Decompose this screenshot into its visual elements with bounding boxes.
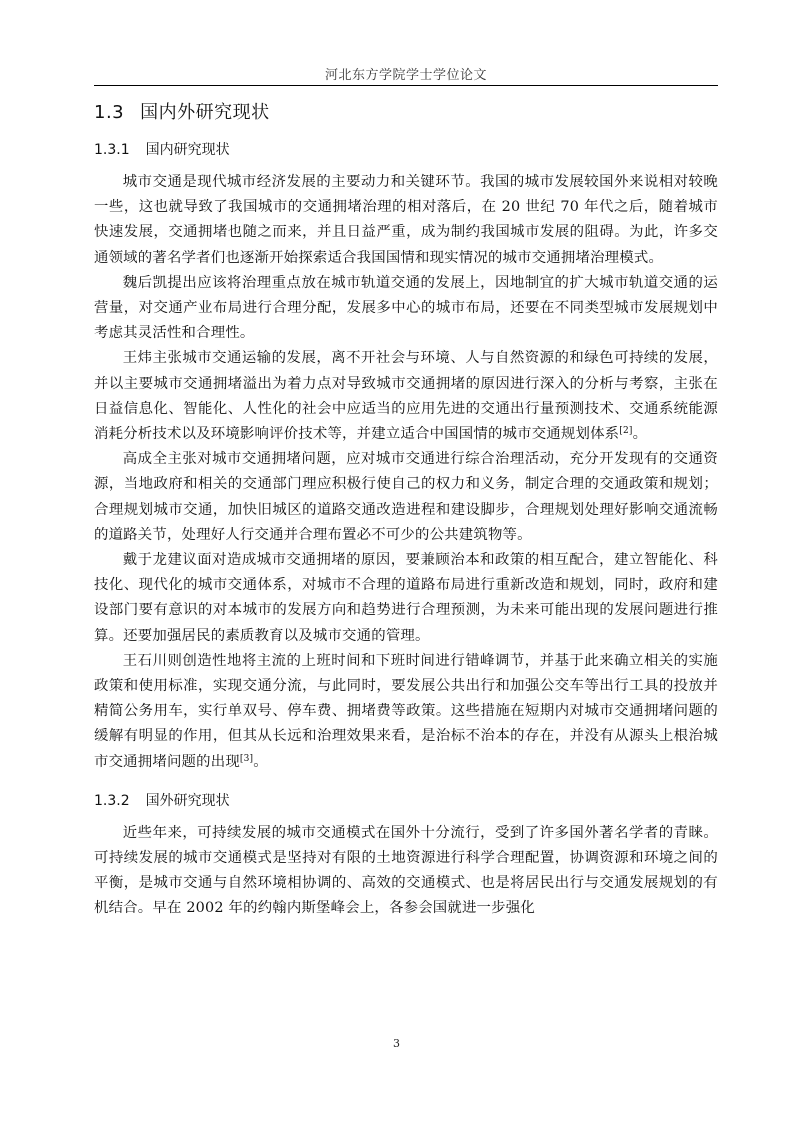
section-number: 1.3 [94, 96, 124, 130]
citation[interactable]: [3] [240, 754, 253, 764]
subsection-title: 国外研究现状 [146, 793, 230, 809]
paragraph: 城市交通是现代城市经济发展的主要动力和关键环节。我国的城市发展较国外来说相对较晚… [94, 170, 718, 271]
subsection-title: 国内研究现状 [146, 142, 230, 158]
page-body: 1.3国内外研究现状 1.3.1国内研究现状 城市交通是现代城市经济发展的主要动… [94, 96, 718, 922]
section-heading: 1.3国内外研究现状 [94, 96, 718, 130]
running-header: 河北东方学院学士学位论文 [94, 64, 718, 83]
subsection-heading-foreign: 1.3.2国外研究现状 [94, 781, 718, 821]
paragraph: 王石川则创造性地将主流的上班时间和下班时间进行错峰调节，并基于此来确立相关的实施… [94, 649, 718, 775]
subsection-number: 1.3.1 [94, 130, 130, 170]
paragraph: 魏后凯提出应该将治理重点放在城市轨道交通的发展上，因地制宜的扩大城市轨道交通的运… [94, 271, 718, 347]
paragraph-text: 戴于龙建议面对造成城市交通拥堵的原因，要兼顾治本和政策的相互配合，建立智能化、科… [94, 552, 718, 644]
paragraph: 王炜主张城市交通运输的发展，离不开社会与环境、人与自然资源的和绿色可持续的发展，… [94, 346, 718, 447]
header-divider [94, 85, 718, 86]
citation[interactable]: [2] [619, 426, 632, 436]
page-number: 3 [0, 1037, 793, 1050]
paragraph-text: 高成全主张对城市交通拥堵问题，应对城市交通进行综合治理活动，充分开发现有的交通资… [94, 451, 718, 543]
paragraph-text: 王石川则创造性地将主流的上班时间和下班时间进行错峰调节，并基于此来确立相关的实施… [94, 653, 718, 770]
paragraph: 戴于龙建议面对造成城市交通拥堵的原因，要兼顾治本和政策的相互配合，建立智能化、科… [94, 548, 718, 649]
paragraph-text: 城市交通是现代城市经济发展的主要动力和关键环节。我国的城市发展较国外来说相对较晚… [94, 174, 718, 266]
paragraph-tail: 。 [253, 754, 268, 770]
subsection-heading-domestic: 1.3.1国内研究现状 [94, 130, 718, 170]
subsection-number: 1.3.2 [94, 781, 130, 821]
paragraph: 近些年来，可持续发展的城市交通模式在国外十分流行，受到了许多国外著名学者的青睐。… [94, 821, 718, 922]
paragraph-text: 魏后凯提出应该将治理重点放在城市轨道交通的发展上，因地制宜的扩大城市轨道交通的运… [94, 275, 718, 341]
section-title: 国内外研究现状 [140, 102, 270, 123]
paragraph-text: 近些年来，可持续发展的城市交通模式在国外十分流行，受到了许多国外著名学者的青睐。… [94, 825, 718, 917]
paragraph: 高成全主张对城市交通拥堵问题，应对城市交通进行综合治理活动，充分开发现有的交通资… [94, 447, 718, 548]
paragraph-tail: 。 [633, 426, 648, 442]
